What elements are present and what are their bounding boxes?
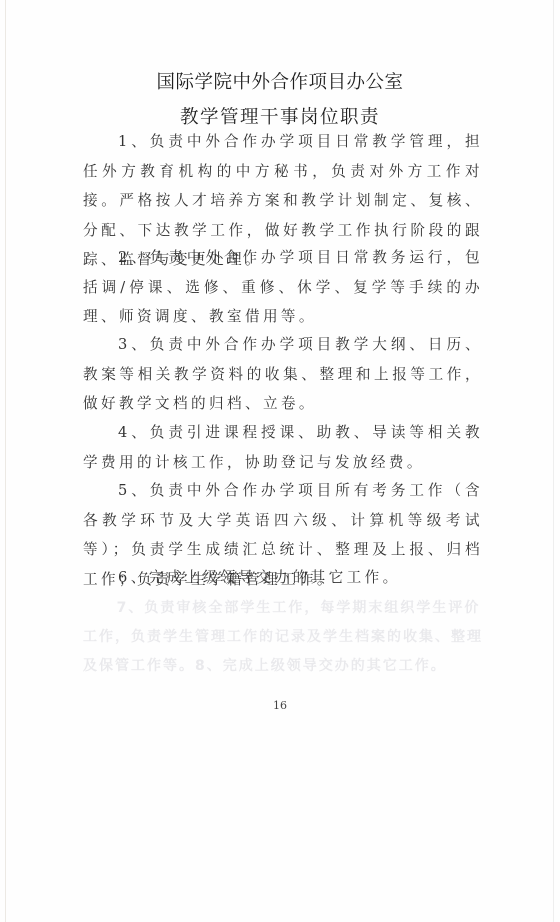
duty-item-3: 3、负责中外合作办学项目教学大纲、日历、教案等相关教学资料的收集、整理和上报等工…: [83, 330, 483, 419]
scan-edge-right: [553, 0, 554, 922]
scan-edge-left: [5, 0, 6, 922]
document-page: 7、负责审核全部学生工作，每学期末组织学生评价工作，负责学生管理工作的记录及学生…: [0, 0, 560, 922]
duty-item-6: 6、完成上级领导交办的其它工作。: [83, 563, 483, 593]
document-title-position: 教学管理干事岗位职责: [0, 103, 560, 129]
document-title-office: 国际学院中外合作项目办公室: [0, 68, 560, 94]
page-number: 16: [0, 699, 560, 712]
duty-item-2: 2、负责中外合作办学项目日常教务运行，包括调/停课、选修、重修、休学、复学等手续…: [83, 243, 483, 332]
duty-item-4: 4、负责引进课程授课、助教、导读等相关教学费用的计核工作，协助登记与发放经费。: [83, 418, 483, 477]
bleed-through-text: 7、负责审核全部学生工作，每学期末组织学生评价工作，负责学生管理工作的记录及学生…: [83, 594, 483, 681]
